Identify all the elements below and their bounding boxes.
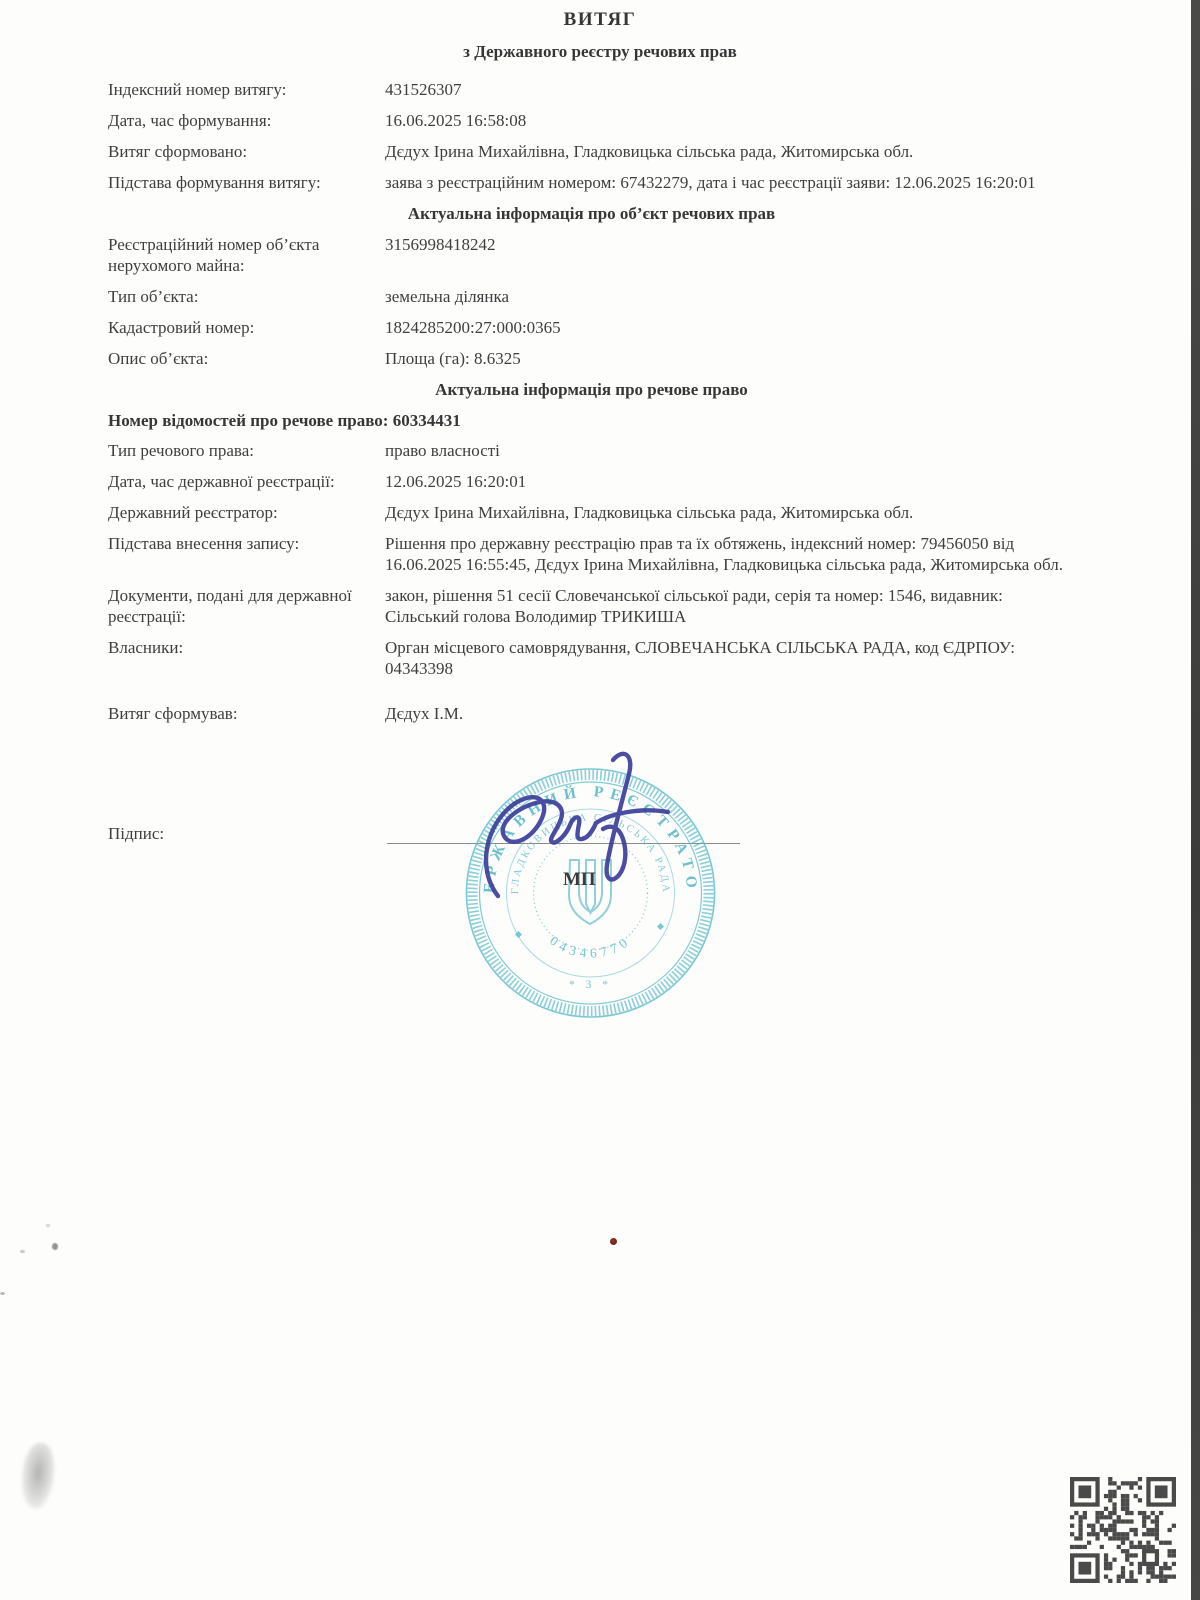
field-label: Витяг сформовано:: [108, 141, 385, 162]
field-value: Площа (га): 8.6325: [385, 348, 1075, 369]
field-row-extract-author: Витяг сформував: Дєдух І.М.: [108, 703, 1075, 724]
scan-speck: [0, 1292, 5, 1295]
field-value: 12.06.2025 16:20:01: [385, 471, 1075, 492]
field-value: 431526307: [385, 79, 1075, 100]
field-value: Дєдух Ірина Михайлівна, Гладковицька сіл…: [385, 502, 1075, 523]
stamp-code-number: 04346770: [547, 933, 634, 961]
field-label: Власники:: [108, 637, 385, 679]
svg-text:04346770: 04346770: [547, 933, 634, 961]
field-label: Реєстраційний номер об’єкта нерухомого м…: [108, 234, 385, 276]
scan-speck: [52, 1243, 58, 1250]
field-row-right-type: Тип речового права: право власності: [108, 440, 1075, 461]
field-value: 1824285200:27:000:0365: [385, 317, 1075, 338]
field-value: закон, рішення 51 сесії Словечанської сі…: [385, 585, 1075, 627]
scan-smudge: [19, 1442, 58, 1511]
scan-speck: [20, 1250, 25, 1253]
field-label: Підстава внесення запису:: [108, 533, 385, 575]
field-label: Тип об’єкта:: [108, 286, 385, 307]
field-row-submitted-documents: Документи, подані для державної реєстрац…: [108, 585, 1075, 627]
field-label: Тип речового права:: [108, 440, 385, 461]
field-row-registration-number: Реєстраційний номер об’єкта нерухомого м…: [108, 234, 1075, 276]
signature-label: Підпис:: [108, 824, 164, 844]
field-label: Підстава формування витягу:: [108, 172, 385, 193]
document-page: ВИТЯГ з Державного реєстру речових прав …: [0, 0, 1200, 1600]
stamp-bottom-digit: * 3 *: [569, 979, 612, 991]
field-value: 16.06.2025 16:58:08: [385, 110, 1075, 131]
record-number-line: Номер відомостей про речове право: 60334…: [108, 410, 1075, 431]
field-label: Індексний номер витягу:: [108, 79, 385, 100]
document-body: Індексний номер витягу: 431526307 Дата, …: [108, 79, 1075, 724]
section-heading-right: Актуальна інформація про речове право: [108, 379, 1075, 400]
field-row-owners: Власники: Орган місцевого самоврядування…: [108, 637, 1075, 679]
scan-speck: [46, 1224, 50, 1227]
field-row-formation-date: Дата, час формування: 16.06.2025 16:58:0…: [108, 110, 1075, 131]
field-label: Витяг сформував:: [108, 703, 385, 724]
field-label: Кадастровий номер:: [108, 317, 385, 338]
field-row-cadastral-number: Кадастровий номер: 1824285200:27:000:036…: [108, 317, 1075, 338]
document-subtitle: з Державного реєстру речових прав: [0, 42, 1200, 62]
field-value: 3156998418242: [385, 234, 1075, 276]
field-label: Державний реєстратор:: [108, 502, 385, 523]
document-title: ВИТЯГ: [0, 9, 1200, 31]
field-value: земельна ділянка: [385, 286, 1075, 307]
field-value: Дєдух І.М.: [385, 703, 1075, 724]
field-value: заява з реєстраційним номером: 67432279,…: [385, 172, 1075, 193]
field-row-formed-by: Витяг сформовано: Дєдух Ірина Михайлівна…: [108, 141, 1075, 162]
section-heading-object: Актуальна інформація про об’єкт речових …: [108, 203, 1075, 224]
field-row-object-type: Тип об’єкта: земельна ділянка: [108, 286, 1075, 307]
scan-edge-strip: [1191, 0, 1200, 1600]
field-value: Орган місцевого самоврядування, СЛОВЕЧАН…: [385, 637, 1075, 679]
ink-dot: [610, 1238, 617, 1245]
field-row-state-registrar: Державний реєстратор: Дєдух Ірина Михайл…: [108, 502, 1075, 523]
field-label: Документи, подані для державної реєстрац…: [108, 585, 385, 627]
field-value: Рішення про державну реєстрацію прав та …: [385, 533, 1075, 575]
field-value: право власності: [385, 440, 1075, 461]
field-row-state-registration-date: Дата, час державної реєстрації: 12.06.20…: [108, 471, 1075, 492]
field-row-entry-basis: Підстава внесення запису: Рішення про де…: [108, 533, 1075, 575]
field-row-index-number: Індексний номер витягу: 431526307: [108, 79, 1075, 100]
seal-place-mark: МП: [563, 869, 596, 891]
field-value: Дєдух Ірина Михайлівна, Гладковицька сіл…: [385, 141, 1075, 162]
field-row-formation-basis: Підстава формування витягу: заява з реєс…: [108, 172, 1075, 193]
field-row-object-description: Опис об’єкта: Площа (га): 8.6325: [108, 348, 1075, 369]
qr-code: [1070, 1477, 1176, 1583]
field-label: Опис об’єкта:: [108, 348, 385, 369]
field-label: Дата, час формування:: [108, 110, 385, 131]
field-label: Дата, час державної реєстрації:: [108, 471, 385, 492]
